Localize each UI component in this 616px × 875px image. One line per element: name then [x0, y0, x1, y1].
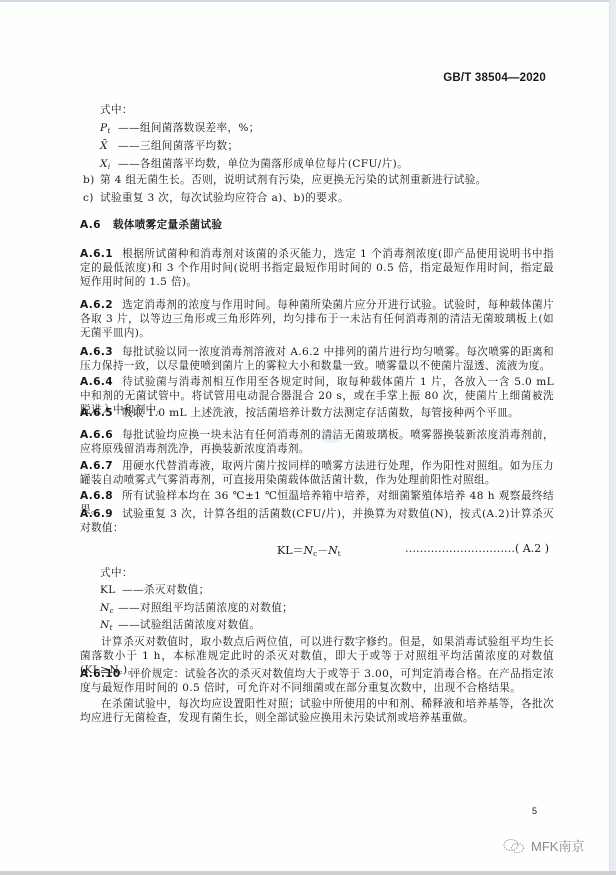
clause-a-6-5: A.6.5吸取 1.0 mL 上述洗液，按活菌培养计数方法测定存活菌数，每管接种… — [80, 406, 554, 420]
where-item: Nt——试验组活菌浓度对数值。 — [100, 618, 260, 635]
watermark: MFK南京 — [503, 836, 584, 855]
clause-a-6-1: A.6.1根据所试菌种和消毒剂对该菌的杀灭能力，选定 1 个消毒剂浓度(即产品使… — [80, 247, 554, 289]
standard-code: GB/T 38504—2020 — [443, 72, 546, 84]
where-item: Nc——对照组平均活菌浓度的对数值； — [100, 601, 293, 618]
where-label: 式中： — [100, 103, 133, 117]
where-item: Xi——各组菌落平均数，单位为菌落形成单位每片(CFU/片)。 — [100, 157, 408, 174]
clause-a-6-7: A.6.7用硬水代替消毒液，取两片菌片按同样的喷雾方法进行处理，作为阳性对照组。… — [80, 459, 554, 487]
clause-a-6-2: A.6.2选定消毒剂的浓度与作用时间。每种菌所染菌片应分开进行试验。试验时，每种… — [80, 298, 554, 340]
page-number: 5 — [532, 806, 537, 816]
document-page: GB/T 38504—2020 式中： Pt——组间菌落数误差率，%； X̄——… — [0, 0, 610, 871]
formula-expression: KL＝Nc－Nt — [277, 542, 341, 558]
clause-a-6-9: A.6.9试验重复 3 次，计算各组的活菌数(CFU/片)，并换算为对数值(N)… — [80, 507, 554, 535]
symbol: KL — [100, 583, 122, 600]
list-item: c)试验重复 3 次，每次试验均应符合 a)、b)的要求。 — [83, 191, 349, 205]
section-heading: A.6载体喷雾定量杀菌试验 — [80, 218, 222, 232]
page-bottom-edge — [0, 871, 616, 875]
where-item: Pt——组间菌落数误差率，%； — [100, 121, 260, 138]
clause-a-6-10: A.6.10评价规定：试验各次的杀灭对数值均大于或等于 3.00，可判定消毒合格… — [80, 667, 554, 695]
clause-a-6-3: A.6.3每批试验以同一浓度消毒剂溶液对 A.6.2 中排列的菌片进行均匀喷雾。… — [80, 345, 554, 373]
scrollbar-edge — [609, 0, 616, 875]
formula-reference: …………………………( A.2 ) — [405, 542, 549, 555]
where-label: 式中： — [100, 566, 133, 580]
list-item: b)第 4 组无菌生长。否则，说明试剂有污染，应更换无污染的试剂重新进行试验。 — [83, 173, 487, 187]
symbol: Nc — [100, 601, 118, 618]
where-item: KL——杀灭对数值； — [100, 583, 210, 600]
symbol: Pt — [100, 121, 118, 138]
clause-a-6-6: A.6.6每批试验均应换一块未沾有任何消毒剂的清洁无菌玻璃板。喷雾器换装新浓度消… — [80, 428, 554, 456]
symbol: Xi — [100, 157, 118, 174]
where-item: X̄——三组间菌落平均数； — [100, 139, 238, 156]
symbol: X̄ — [100, 139, 118, 156]
symbol: Nt — [100, 618, 118, 635]
paragraph-final: 在杀菌试验中，每次均应设置阳性对照；试验中所使用的中和剂、稀释液和培养基等，各批… — [80, 697, 554, 725]
wechat-icon — [503, 838, 525, 854]
watermark-text: MFK南京 — [531, 836, 584, 855]
